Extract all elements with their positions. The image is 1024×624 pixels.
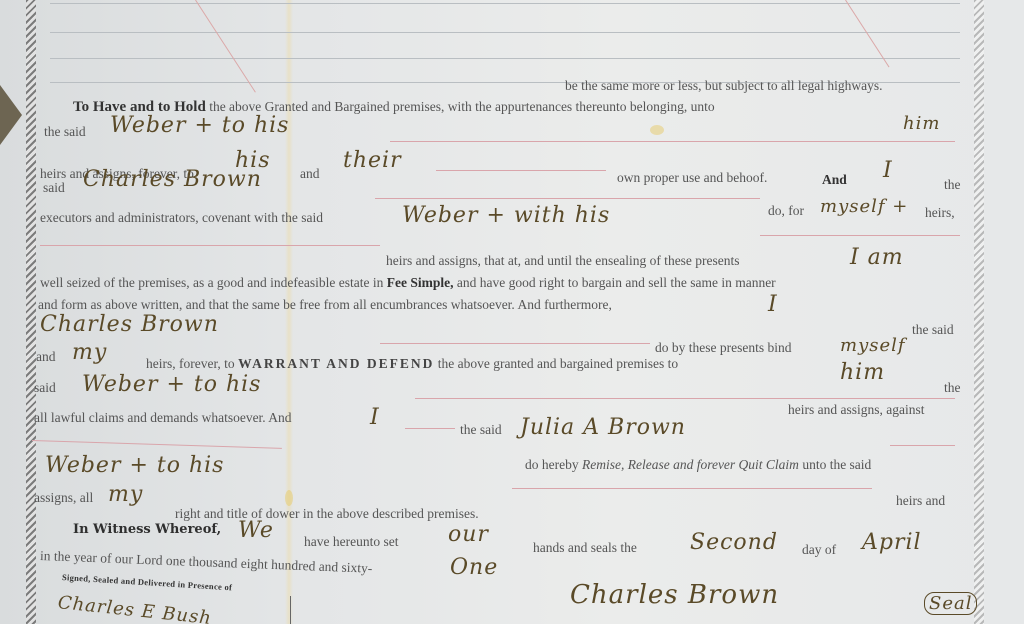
handwriting: Julia A Brown [520,415,686,440]
deed-text: said [34,380,56,396]
handwriting: I [370,405,380,430]
signature-divider [290,596,291,624]
deed-text: hands and seals the [533,540,637,556]
upper-ruled-lines [40,0,960,90]
handwriting: my [72,340,107,365]
red-rule [390,141,955,142]
deed-text: in the year of our Lord one thousand eig… [40,548,373,577]
deed-text: day of [802,542,836,558]
in-witness-whereof-heading: In Witness Whereof, [73,522,221,537]
red-rule [405,428,455,429]
deed-text: have hereunto set [304,534,398,550]
red-rule [380,343,650,344]
deed-text: heirs, forever, to [146,356,235,371]
deed-line: do hereby Remise, Release and forever Qu… [525,457,871,473]
handwriting: Charles Brown [83,167,262,192]
deed-text: do, for [768,203,804,219]
seal-mark: Seal [924,592,977,615]
deed-text: heirs and assigns, that at, and until th… [386,253,740,269]
witness-signature: Charles E Bush [57,592,213,624]
handwriting: myself + [820,196,908,217]
handwriting: my [108,482,143,507]
grantor-signature: Charles Brown [570,580,779,610]
red-rule [32,440,282,449]
deed-text: right and title of dower in the above de… [175,506,479,522]
red-rule [760,235,960,236]
deed-text: the above granted and bargained premises… [438,356,678,371]
deed-text: and have good right to bargain and sell … [457,275,776,290]
red-rule [40,245,380,246]
fee-simple-term: Fee Simple, [387,275,454,290]
handwriting: him [840,360,885,385]
quit-claim-term: Remise, Release and forever Quit Claim [582,457,799,472]
decorative-border-left [26,0,36,624]
handwriting: I [883,158,893,183]
red-rule [890,445,955,446]
handwriting: I [768,292,778,317]
faded-heading [350,12,363,35]
deed-text: be the same more or less, but subject to… [565,78,883,94]
deed-text: unto the said [802,457,871,472]
deed-text: own proper use and behoof. [617,170,767,186]
deed-text: the above Granted and Bargained premises… [209,99,714,114]
deed-text: all lawful claims and demands whatsoever… [34,410,292,426]
deed-text: the [944,177,961,193]
deed-text: and [36,349,56,365]
deed-text: And [822,172,847,188]
warrant-and-defend-heading: WARRANT AND DEFEND [238,356,434,371]
handwriting: our [448,522,489,547]
deed-text: well seized of the premises, as a good a… [40,275,383,290]
deed-text: heirs and assigns, against [788,402,924,418]
handwriting: myself [840,335,906,356]
handwriting: One [450,555,498,580]
deed-text: and form as above written, and that the … [38,297,612,313]
red-rule [512,488,872,489]
decorative-border-right [974,0,984,624]
red-rule [415,398,955,399]
deed-text: executors and administrators, covenant w… [40,210,323,226]
handwriting: Charles Brown [40,312,219,337]
deed-text: heirs and [896,493,945,509]
witness-label: Signed, Sealed and Delivered in Presence… [62,572,233,592]
handwriting: I am [850,245,904,270]
background-corner [0,85,22,145]
handwriting: their [343,148,402,173]
deed-text: the said [912,322,954,338]
deed-text: do by these presents bind [655,340,791,356]
deed-document: be the same more or less, but subject to… [0,0,1024,624]
deed-text: said [43,180,65,196]
deed-text: the said [460,422,502,438]
handwriting: Weber + to his [110,113,289,138]
stain [285,490,293,506]
handwriting: Weber + to his [45,453,224,478]
handwriting: Weber + with his [402,203,610,228]
handwriting: Second [690,530,778,555]
handwriting: We [238,518,274,543]
red-rule [436,170,606,171]
handwriting: him [903,113,940,134]
deed-text: do hereby [525,457,579,472]
deed-line: well seized of the premises, as a good a… [40,275,776,291]
handwriting: Weber + to his [82,372,261,397]
deed-text: the [944,380,961,396]
deed-line: heirs, forever, to WARRANT AND DEFEND th… [146,356,678,372]
deed-text: and [300,166,320,182]
deed-text: assigns, all [34,490,93,506]
red-rule [375,198,760,199]
handwriting: April [862,530,922,555]
deed-text: heirs, [925,205,955,221]
stain [650,125,664,135]
deed-text: the said [44,124,86,140]
